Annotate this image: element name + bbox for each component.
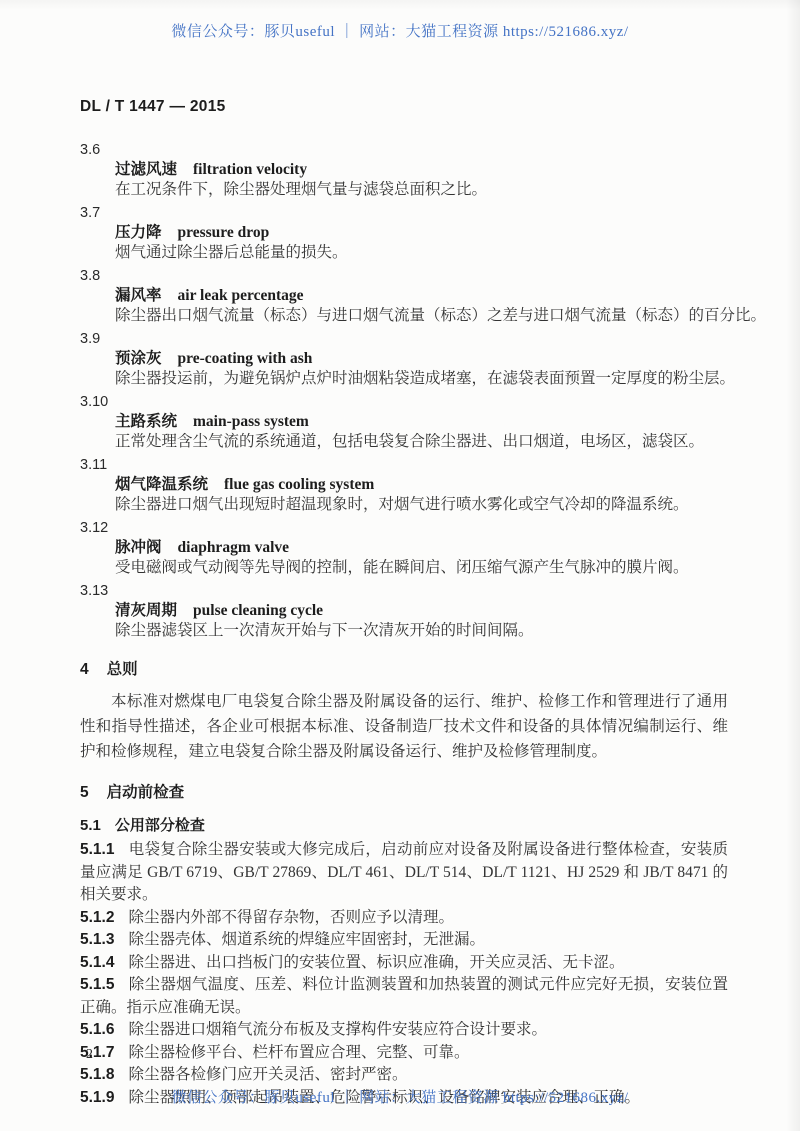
term-number: 3.12 (80, 518, 728, 538)
term-en: main-pass system (193, 413, 309, 430)
term-definition: 除尘器投运前，为避免锅炉点炉时油烟粘袋造成堵塞，在滤袋表面预置一定厚度的粉尘层。 (115, 369, 728, 389)
term-3-13: 3.13 清灰周期pulse cleaning cycle 除尘器滤袋区上一次清… (80, 581, 728, 641)
term-number: 3.9 (80, 329, 728, 349)
section-4-heading: 4总则 (80, 657, 728, 679)
term-en: filtration velocity (193, 161, 307, 178)
term-zh: 过滤风速 (115, 161, 177, 178)
clause-5-1-3: 5.1.3除尘器壳体、烟道系统的焊缝应牢固密封，无泄漏。 (80, 929, 728, 952)
term-zh: 主路系统 (115, 413, 177, 430)
clause-5-1-4: 5.1.4除尘器进、出口挡板门的安装位置、标识应准确，开关应灵活、无卡涩。 (80, 952, 728, 975)
term-zh: 预涂灰 (115, 350, 162, 367)
term-en: pressure drop (178, 224, 270, 241)
term-3-9: 3.9 预涂灰pre-coating with ash 除尘器投运前，为避免锅炉… (80, 329, 728, 389)
clause-number: 5.1.5 (80, 976, 114, 993)
clause-text: 除尘器各检修门应开关灵活、密封严密。 (128, 1066, 407, 1083)
clause-text: 除尘器进、出口挡板门的安装位置、标识应准确，开关应灵活、无卡涩。 (128, 954, 624, 971)
clause-5-1-6: 5.1.6除尘器进口烟箱气流分布板及支撑构件安装应符合设计要求。 (80, 1019, 728, 1042)
term-heading: 漏风率air leak percentage (115, 286, 728, 306)
clause-text: 除尘器壳体、烟道系统的焊缝应牢固密封，无泄漏。 (128, 931, 485, 948)
clause-5-1-1: 5.1.1电袋复合除尘器安装或大修完成后，启动前应对设备及附属设备进行整体检查，… (80, 839, 728, 907)
clause-5-1-2: 5.1.2除尘器内外部不得留存杂物，否则应予以清理。 (80, 907, 728, 930)
term-definition: 受电磁阀或气动阀等先导阀的控制，能在瞬间启、闭压缩气源产生气脉冲的膜片阀。 (115, 558, 728, 578)
clause-text: 除尘器内外部不得留存杂物，否则应予以清理。 (128, 909, 454, 926)
section-number: 4 (80, 661, 89, 678)
section-5-1-heading: 5.1公用部分检查 (80, 814, 728, 835)
term-en: air leak percentage (178, 287, 304, 304)
watermark-header: 微信公众号：豚贝useful ｜ 网站：大猫工程资源 https://52168… (0, 20, 800, 41)
term-number: 3.8 (80, 266, 728, 286)
section-5-heading: 5启动前检查 (80, 780, 728, 802)
term-3-6: 3.6 过滤风速filtration velocity 在工况条件下，除尘器处理… (80, 140, 728, 200)
page-content: 3.6 过滤风速filtration velocity 在工况条件下，除尘器处理… (80, 140, 728, 1109)
clause-number: 5.1.2 (80, 909, 114, 926)
section-number: 5 (80, 784, 89, 801)
term-definition: 正常处理含尘气流的系统通道，包括电袋复合除尘器进、出口烟道，电场区，滤袋区。 (115, 432, 728, 452)
page-number: 2 (86, 1047, 93, 1063)
term-heading: 主路系统main-pass system (115, 412, 728, 432)
term-zh: 脉冲阀 (115, 539, 162, 556)
term-en: diaphragm valve (178, 539, 290, 556)
clause-text: 电袋复合除尘器安装或大修完成后，启动前应对设备及附属设备进行整体检查，安装质量应… (80, 841, 728, 903)
term-definition: 除尘器出口烟气流量（标态）与进口烟气流量（标态）之差与进口烟气流量（标态）的百分… (115, 306, 728, 326)
term-en: pre-coating with ash (178, 350, 313, 367)
term-zh: 漏风率 (115, 287, 162, 304)
standard-code: DL / T 1447 — 2015 (80, 98, 226, 116)
term-en: flue gas cooling system (224, 476, 374, 493)
term-3-8: 3.8 漏风率air leak percentage 除尘器出口烟气流量（标态）… (80, 266, 728, 326)
term-heading: 压力降pressure drop (115, 223, 728, 243)
section-title: 启动前检查 (107, 784, 185, 801)
term-heading: 过滤风速filtration velocity (115, 160, 728, 180)
term-heading: 预涂灰pre-coating with ash (115, 349, 728, 369)
term-3-10: 3.10 主路系统main-pass system 正常处理含尘气流的系统通道，… (80, 392, 728, 452)
term-definition: 除尘器进口烟气出现短时超温现象时，对烟气进行喷水雾化或空气冷却的降温系统。 (115, 495, 728, 515)
clause-text: 除尘器进口烟箱气流分布板及支撑构件安装应符合设计要求。 (128, 1021, 547, 1038)
term-zh: 清灰周期 (115, 602, 177, 619)
term-definition: 烟气通过除尘器后总能量的损失。 (115, 243, 728, 263)
clause-number: 5.1.3 (80, 931, 114, 948)
term-number: 3.6 (80, 140, 728, 160)
term-number: 3.7 (80, 203, 728, 223)
section-title: 总则 (107, 661, 138, 678)
term-zh: 压力降 (115, 224, 162, 241)
term-heading: 烟气降温系统flue gas cooling system (115, 475, 728, 495)
term-number: 3.11 (80, 455, 728, 475)
term-definition: 在工况条件下，除尘器处理烟气量与滤袋总面积之比。 (115, 180, 728, 200)
term-3-11: 3.11 烟气降温系统flue gas cooling system 除尘器进口… (80, 455, 728, 515)
term-number: 3.13 (80, 581, 728, 601)
section-title: 公用部分检查 (115, 817, 205, 834)
clause-number: 5.1.4 (80, 954, 114, 971)
term-zh: 烟气降温系统 (115, 476, 208, 493)
document-page: 微信公众号：豚贝useful ｜ 网站：大猫工程资源 https://52168… (0, 0, 800, 1131)
watermark-footer: 微信公众号：豚贝useful ｜ 网站：大猫工程资源 https://52168… (0, 1086, 800, 1107)
clause-number: 5.1.6 (80, 1021, 114, 1038)
clause-5-1-7: 5.1.7除尘器检修平台、栏杆布置应合理、完整、可靠。 (80, 1042, 728, 1065)
section-4-paragraph: 本标准对燃煤电厂电袋复合除尘器及附属设备的运行、维护、检修工作和管理进行了通用性… (80, 689, 728, 764)
term-heading: 脉冲阀diaphragm valve (115, 538, 728, 558)
term-en: pulse cleaning cycle (193, 602, 323, 619)
term-number: 3.10 (80, 392, 728, 412)
clause-5-1-8: 5.1.8除尘器各检修门应开关灵活、密封严密。 (80, 1064, 728, 1087)
clause-number: 5.1.8 (80, 1066, 114, 1083)
term-3-12: 3.12 脉冲阀diaphragm valve 受电磁阀或气动阀等先导阀的控制，… (80, 518, 728, 578)
section-number: 5.1 (80, 817, 101, 834)
clause-text: 除尘器检修平台、栏杆布置应合理、完整、可靠。 (128, 1044, 469, 1061)
term-3-7: 3.7 压力降pressure drop 烟气通过除尘器后总能量的损失。 (80, 203, 728, 263)
clause-text: 除尘器烟气温度、压差、料位计监测装置和加热装置的测试元件应完好无损，安装位置正确… (80, 976, 728, 1016)
term-heading: 清灰周期pulse cleaning cycle (115, 601, 728, 621)
clause-5-1-5: 5.1.5除尘器烟气温度、压差、料位计监测装置和加热装置的测试元件应完好无损，安… (80, 974, 728, 1019)
clause-number: 5.1.1 (80, 841, 114, 858)
term-definition: 除尘器滤袋区上一次清灰开始与下一次清灰开始的时间间隔。 (115, 621, 728, 641)
